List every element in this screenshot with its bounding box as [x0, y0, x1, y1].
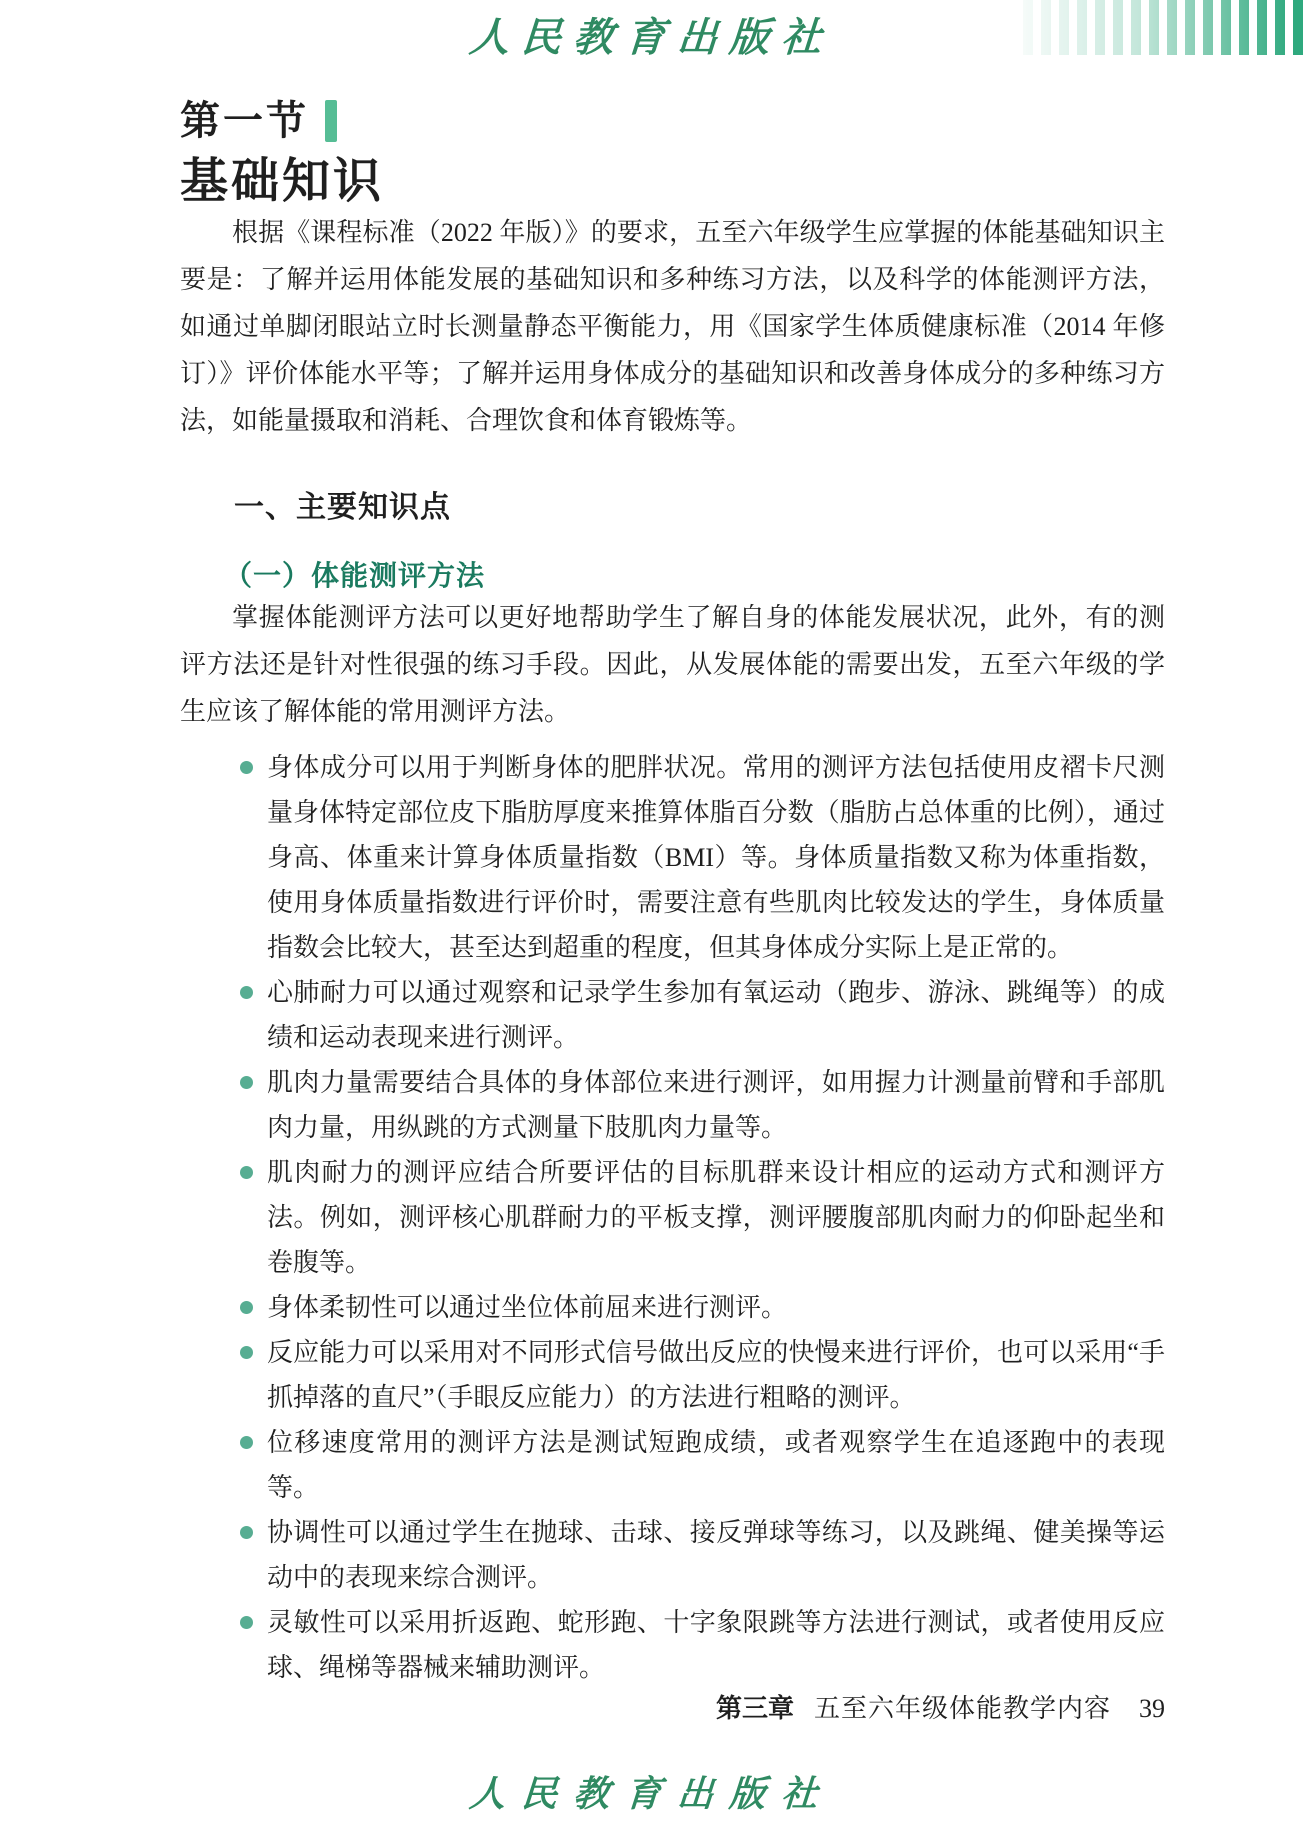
page-footer: 第三章五至六年级体能教学内容39 [180, 1688, 1165, 1725]
bullet-dot-icon [240, 1346, 253, 1359]
bullet-item-muscle-strength: 肌肉力量需要结合具体的身体部位来进行测评，如用握力计测量前臂和手部肌肉力量，用纵… [240, 1060, 1165, 1150]
bullet-text: 心肺耐力可以通过观察和记录学生参加有氧运动（跑步、游泳、跳绳等）的成绩和运动表现… [267, 970, 1165, 1060]
footer-page-number: 39 [1139, 1694, 1165, 1723]
subheading-test-methods: （一）体能测评方法 [224, 554, 1165, 594]
heading-main-points: 一、主要知识点 [234, 482, 1165, 526]
decorative-bars-icon [1017, 0, 1303, 55]
section-label: 第一节 [180, 98, 309, 144]
bullet-item-coordination: 协调性可以通过学生在抛球、击球、接反弹球等练习，以及跳绳、健美操等运动中的表现来… [240, 1510, 1165, 1600]
bullet-item-muscle-endurance: 肌肉耐力的测评应结合所要评估的目标肌群来设计相应的运动方式和测评方法。例如，测评… [240, 1150, 1165, 1285]
section-label-row: 第一节 [180, 98, 1165, 144]
page-content: 第一节 基础知识 根据《课程标准（2022 年版）》的要求，五至六年级学生应掌握… [180, 98, 1165, 1690]
bullet-dot-icon [240, 1436, 253, 1449]
textbook-page: 人民教育出版社 第一节 基础知识 根据《课程标准（2022 年版）》的要求，五至… [0, 0, 1303, 1842]
bullet-text: 肌肉力量需要结合具体的身体部位来进行测评，如用握力计测量前臂和手部肌肉力量，用纵… [267, 1060, 1165, 1150]
bullet-item-speed: 位移速度常用的测评方法是测试短跑成绩，或者观察学生在追逐跑中的表现等。 [240, 1420, 1165, 1510]
paragraph-test-methods: 掌握体能测评方法可以更好地帮助学生了解自身的体能发展状况，此外，有的测评方法还是… [180, 594, 1165, 735]
bullet-text: 反应能力可以采用对不同形式信号做出反应的快慢来进行评价，也可以采用“手抓掉落的直… [267, 1330, 1165, 1420]
bullet-text: 灵敏性可以采用折返跑、蛇形跑、十字象限跳等方法进行测试，或者使用反应球、绳梯等器… [267, 1600, 1165, 1690]
footer-chapter-title: 五至六年级体能教学内容 [814, 1694, 1111, 1723]
section-title: 基础知识 [180, 154, 1165, 209]
bullet-dot-icon [240, 1301, 253, 1314]
bullet-text: 协调性可以通过学生在抛球、击球、接反弹球等练习，以及跳绳、健美操等运动中的表现来… [267, 1510, 1165, 1600]
bullet-item-agility: 灵敏性可以采用折返跑、蛇形跑、十字象限跳等方法进行测试，或者使用反应球、绳梯等器… [240, 1600, 1165, 1690]
bullet-dot-icon [240, 1166, 253, 1179]
bullet-dot-icon [240, 761, 253, 774]
bullet-text: 肌肉耐力的测评应结合所要评估的目标肌群来设计相应的运动方式和测评方法。例如，测评… [267, 1150, 1165, 1285]
bullet-list: 身体成分可以用于判断身体的肥胖状况。常用的测评方法包括使用皮褶卡尺测量身体特定部… [180, 745, 1165, 1690]
bullet-dot-icon [240, 1076, 253, 1089]
bullet-text: 位移速度常用的测评方法是测试短跑成绩，或者观察学生在追逐跑中的表现等。 [267, 1420, 1165, 1510]
bullet-item-body-composition: 身体成分可以用于判断身体的肥胖状况。常用的测评方法包括使用皮褶卡尺测量身体特定部… [240, 745, 1165, 970]
bullet-dot-icon [240, 1616, 253, 1629]
bullet-dot-icon [240, 1526, 253, 1539]
bullet-item-cardio-endurance: 心肺耐力可以通过观察和记录学生参加有氧运动（跑步、游泳、跳绳等）的成绩和运动表现… [240, 970, 1165, 1060]
footer-chapter-label: 第三章 [716, 1693, 794, 1723]
publisher-logo-bottom: 人民教育出版社 [0, 1766, 1303, 1817]
section-accent-bar-icon [325, 100, 337, 142]
bullet-text: 身体成分可以用于判断身体的肥胖状况。常用的测评方法包括使用皮褶卡尺测量身体特定部… [267, 745, 1165, 970]
intro-paragraph: 根据《课程标准（2022 年版）》的要求，五至六年级学生应掌握的体能基础知识主要… [180, 209, 1165, 444]
bullet-item-flexibility: 身体柔韧性可以通过坐位体前屈来进行测评。 [240, 1285, 1165, 1330]
bullet-text: 身体柔韧性可以通过坐位体前屈来进行测评。 [267, 1285, 1165, 1330]
bullet-dot-icon [240, 986, 253, 999]
bullet-item-reaction: 反应能力可以采用对不同形式信号做出反应的快慢来进行评价，也可以采用“手抓掉落的直… [240, 1330, 1165, 1420]
